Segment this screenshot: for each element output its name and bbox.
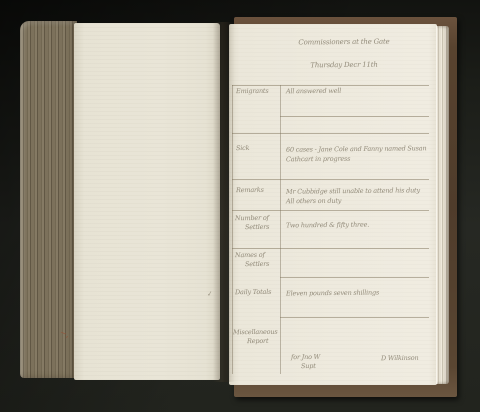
page-title: Commissioners at the Gate (269, 37, 419, 47)
left-page-stack-edge (20, 21, 77, 378)
table-column-divider-rule (280, 85, 281, 374)
row-sub-rule-1 (280, 116, 429, 117)
left-blank-page: ✓ ~, (74, 23, 220, 380)
row-label: Remarks (236, 186, 264, 194)
row-entry: 60 cases - Jane Cole and Fanny named Sus… (286, 144, 427, 153)
page-date: Thursday Decr 11th (284, 60, 404, 69)
row-rule-2 (232, 133, 429, 134)
row-rule-5 (232, 248, 429, 249)
row-label: Settlers (245, 260, 269, 268)
right-ledger-page: Commissioners at the Gate Thursday Decr … (229, 24, 437, 385)
row-label: Number of (235, 214, 269, 222)
row-label: Settlers (245, 223, 269, 231)
footer-note: Supt (301, 362, 316, 370)
row-label: Emigrants (236, 87, 269, 95)
row-label: Daily Totals (235, 288, 271, 296)
signature: D Wilkinson (381, 354, 419, 362)
book-gutter-shadow (213, 22, 235, 382)
row-rule-4 (232, 210, 429, 211)
footer-note: for Jno W (291, 353, 320, 361)
photo-background: ✓ ~, Commissioners at the Gate Thursday … (0, 0, 480, 412)
row-label: Miscellaneous (233, 328, 278, 336)
right-page-stack-edge (437, 26, 449, 384)
row-rule-3 (232, 179, 429, 180)
row-entry: Mr Cubbidge still unable to attend his d… (286, 186, 420, 195)
row-entry: All answered well (286, 87, 341, 96)
row-label: Names of (235, 251, 265, 259)
row-entry: Eleven pounds seven shillings (286, 289, 379, 298)
row-label: Sick (236, 144, 249, 152)
row-entry: Two hundred & fifty three. (286, 221, 369, 230)
row-entry: Cathcart in progress (286, 155, 350, 164)
row-sub-rule-6 (280, 277, 429, 278)
row-label: Report (247, 337, 268, 345)
row-sub-rule-7 (280, 317, 429, 318)
row-entry: All others on duty (286, 197, 341, 206)
